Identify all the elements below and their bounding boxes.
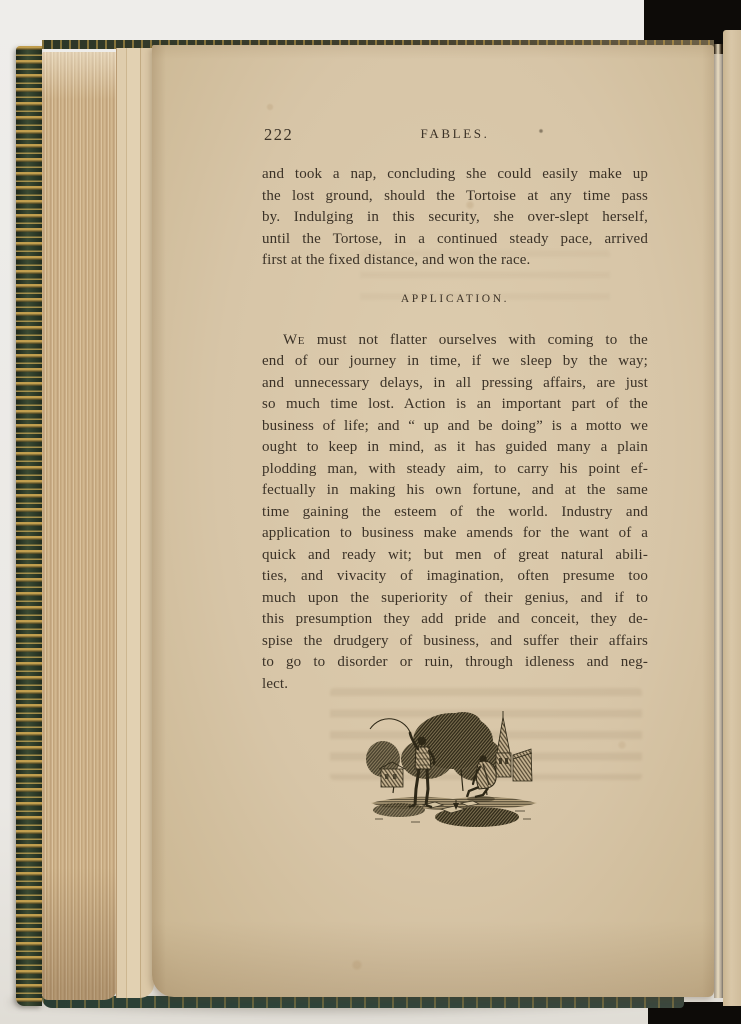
page-header: 222 FABLES. xyxy=(262,126,648,148)
text-line: spise the drudgery of business, and suff… xyxy=(262,631,648,653)
paragraph-continuation: and took a nap, concluding she could eas… xyxy=(262,164,648,272)
text-line: time gaining the esteem of the world. In… xyxy=(262,502,648,524)
text-line: and unnecessary delays, in all pressing … xyxy=(262,373,648,395)
under-page-edges xyxy=(116,48,154,998)
paragraph-lines: end of our journey in time, if we sleep … xyxy=(262,351,648,695)
text-line: until the Tortose, in a continued steady… xyxy=(262,229,648,251)
text-line: ties, and vivacity of imagination, often… xyxy=(262,566,648,588)
lead-word: We xyxy=(283,332,305,348)
text-line: to go to disorder or ruin, through idlen… xyxy=(262,652,648,674)
page-fore-edges xyxy=(42,52,118,1000)
text-line: much upon the superiority of their geniu… xyxy=(262,588,648,610)
text-line: this presumption they add pride and conc… xyxy=(262,609,648,631)
text-line: quick and ready wit; but men of great na… xyxy=(262,545,648,567)
page-number: 222 xyxy=(264,125,293,145)
text-line: lect. xyxy=(262,674,648,696)
paragraph-application: We must not flatter ourselves with comin… xyxy=(262,330,648,696)
ground xyxy=(371,797,537,827)
text-line: end of our journey in time, if we sleep … xyxy=(262,351,648,373)
page-content: 222 FABLES. and took a nap, concluding s… xyxy=(262,126,648,834)
text-line: by. Indulging in this security, she over… xyxy=(262,207,648,229)
text-line: and took a nap, concluding she could eas… xyxy=(262,164,648,186)
adjacent-page-edge xyxy=(723,30,741,1006)
whip-cord xyxy=(370,719,410,732)
text-line: business of life; and “ up and be doing”… xyxy=(262,416,648,438)
woodcut-illustration xyxy=(365,707,545,834)
running-head: FABLES. xyxy=(262,126,648,142)
building-right xyxy=(513,749,532,781)
text-line: the lost ground, should the Tortoise at … xyxy=(262,186,648,208)
text-line: plodding man, with steady aim, to carry … xyxy=(262,459,648,481)
text-line: application to business make amends for … xyxy=(262,523,648,545)
text-line: We must not flatter ourselves with comin… xyxy=(262,330,648,352)
text-line: so much time lost. Action is an importan… xyxy=(262,394,648,416)
church xyxy=(496,711,511,777)
section-heading: APPLICATION. xyxy=(262,293,648,305)
binding-left-cover xyxy=(16,46,42,1006)
first-line-rest: must not flatter ourselves with coming t… xyxy=(305,332,648,348)
text-line: first at the fixed distance, and won the… xyxy=(262,250,648,272)
text-line: ought to keep in mind, as it has guided … xyxy=(262,437,648,459)
page-gutter xyxy=(714,44,723,998)
photo-backdrop: 222 FABLES. and took a nap, concluding s… xyxy=(0,0,741,1024)
text-line: fectually in making his own fortune, and… xyxy=(262,480,648,502)
